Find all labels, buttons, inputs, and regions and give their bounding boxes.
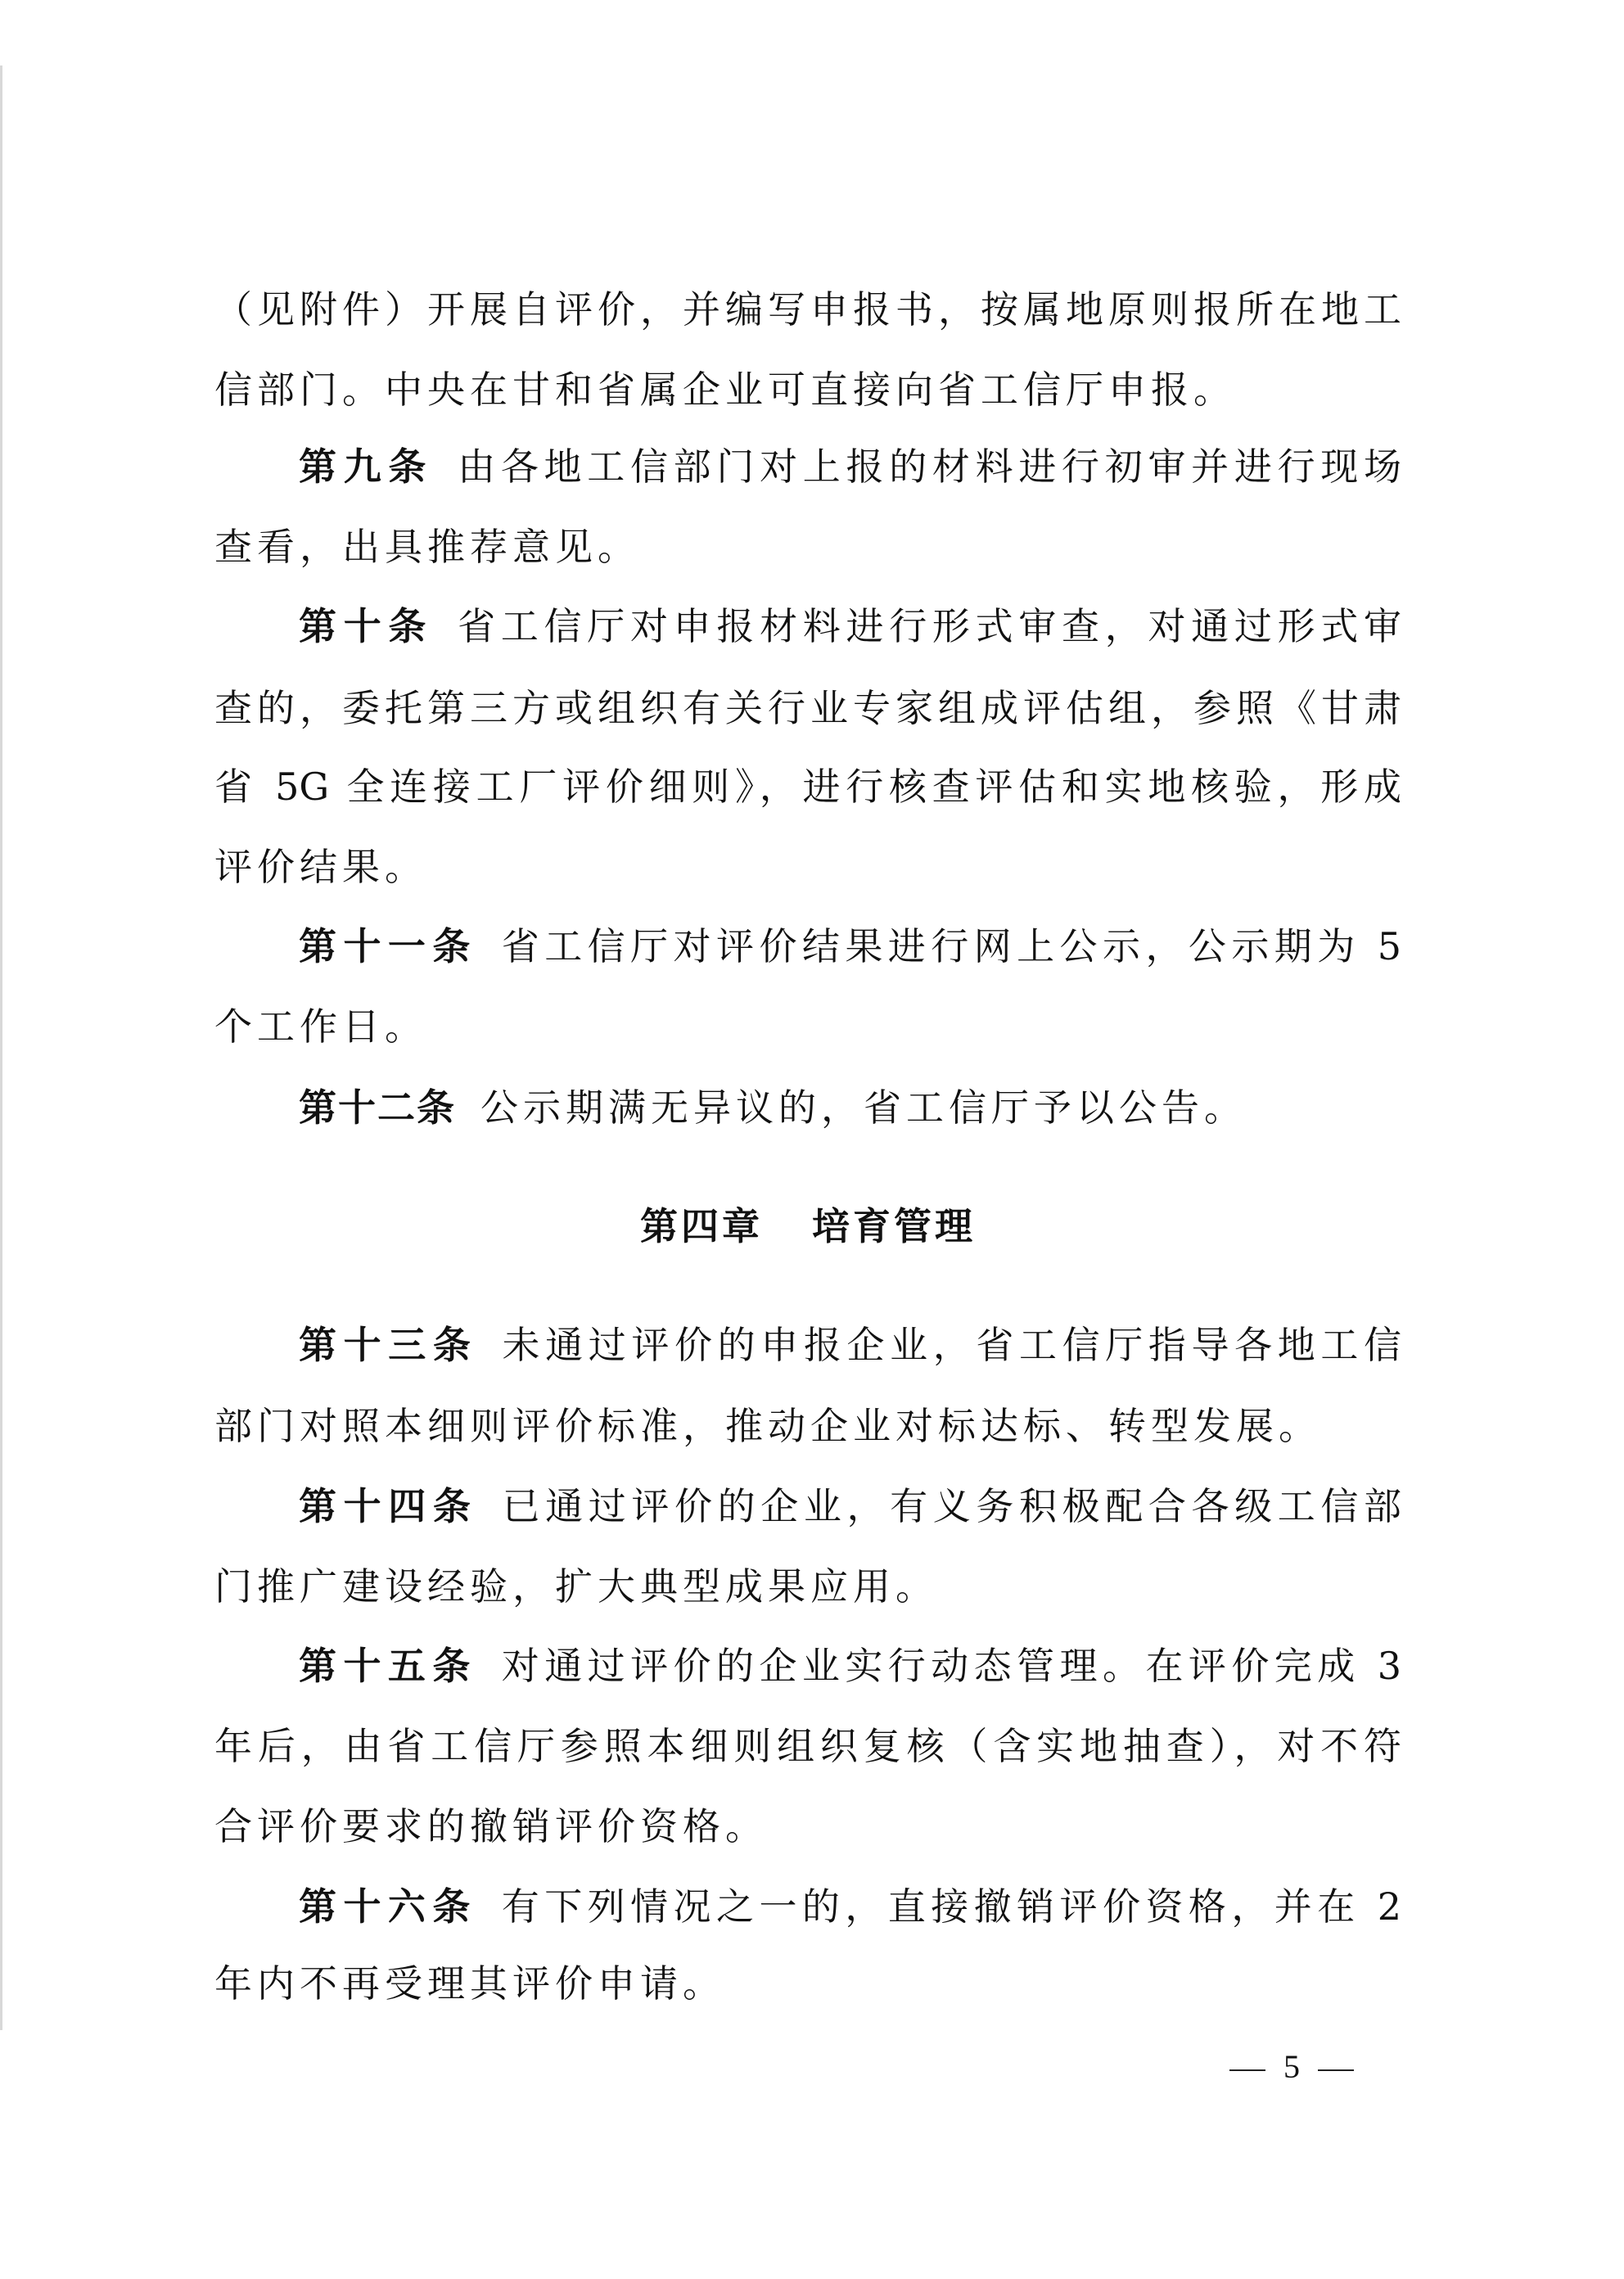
article-label: 第十二条 — [299, 1085, 456, 1130]
chapter-title: 培育管理 — [812, 1204, 976, 1248]
article-text: 已通过评价的企业，有义务积极配合各级工信部 — [503, 1484, 1402, 1528]
page-number: 5 — [1211, 2047, 1372, 2087]
article-label: 第十四条 — [299, 1484, 478, 1528]
article-text: 公示期满无异议的，省工信厅予以公告。 — [480, 1085, 1247, 1130]
article-text: 有下列情况之一的，直接撤销评价资格，并在 2 — [502, 1884, 1401, 1929]
article-text: 由各地工信部门对上报的材料进行初审并进行现场 — [458, 445, 1401, 489]
article-11: 第十一条省工信厅对评价结果进行网上公示，公示期为 5 — [214, 922, 1401, 971]
article-text: 省工信厅对评价结果进行网上公示，公示期为 5 — [502, 924, 1401, 968]
body-line: 信部门。中央在甘和省属企业可直接向省工信厅申报。 — [214, 365, 1401, 414]
body-line: 年后，由省工信厅参照本细则组织复核（含实地抽查），对不符 — [214, 1722, 1401, 1771]
article-label: 第十五条 — [299, 1644, 477, 1688]
page-number-value: 5 — [1283, 2048, 1300, 2085]
article-15: 第十五条对通过评价的企业实行动态管理。在评价完成 3 — [214, 1641, 1401, 1690]
article-label: 第十三条 — [299, 1323, 478, 1367]
chapter-number: 第四章 — [640, 1204, 763, 1248]
body-line: 门推广建设经验，扩大典型成果应用。 — [214, 1562, 1401, 1611]
article-text: 对通过评价的企业实行动态管理。在评价完成 3 — [502, 1644, 1401, 1688]
article-13: 第十三条未通过评价的申报企业，省工信厅指导各地工信 — [214, 1320, 1401, 1370]
article-text: 省工信厅对申报材料进行形式审查，对通过形式审 — [458, 604, 1401, 648]
body-line: 合评价要求的撤销评价资格。 — [214, 1802, 1401, 1851]
article-12: 第十二条公示期满无异议的，省工信厅予以公告。 — [214, 1083, 1401, 1132]
article-9: 第九条由各地工信部门对上报的材料进行初审并进行现场 — [214, 442, 1401, 491]
article-10: 第十条省工信厅对申报材料进行形式审查，对通过形式审 — [214, 602, 1401, 651]
scan-edge-shadow — [0, 65, 2, 2030]
article-label: 第十六条 — [299, 1884, 477, 1929]
body-line: 个工作日。 — [214, 1002, 1401, 1051]
article-text: 未通过评价的申报企业，省工信厅指导各地工信 — [503, 1323, 1402, 1367]
body-line: 评价结果。 — [214, 842, 1401, 891]
article-label: 第十条 — [299, 604, 433, 648]
body-line: 部门对照本细则评价标准，推动企业对标达标、转型发展。 — [214, 1401, 1401, 1451]
chapter-heading: 第四章培育管理 — [214, 1202, 1401, 1251]
article-label: 第九条 — [299, 445, 433, 489]
article-14: 第十四条已通过评价的企业，有义务积极配合各级工信部 — [214, 1482, 1401, 1531]
dash-left — [1229, 2069, 1265, 2071]
body-line: 查看，出具推荐意见。 — [214, 522, 1401, 571]
body-line: （见附件）开展自评价，并编写申报书，按属地原则报所在地工 — [214, 285, 1401, 334]
body-line: 年内不再受理其评价申请。 — [214, 1959, 1401, 2008]
article-label: 第十一条 — [299, 924, 477, 968]
dash-right — [1318, 2069, 1354, 2071]
article-16: 第十六条有下列情况之一的，直接撤销评价资格，并在 2 — [214, 1882, 1401, 1931]
body-line: 省 5G 全连接工厂评价细则》，进行核查评估和实地核验，形成 — [214, 762, 1401, 811]
body-line: 查的，委托第三方或组织有关行业专家组成评估组，参照《甘肃 — [214, 684, 1401, 733]
